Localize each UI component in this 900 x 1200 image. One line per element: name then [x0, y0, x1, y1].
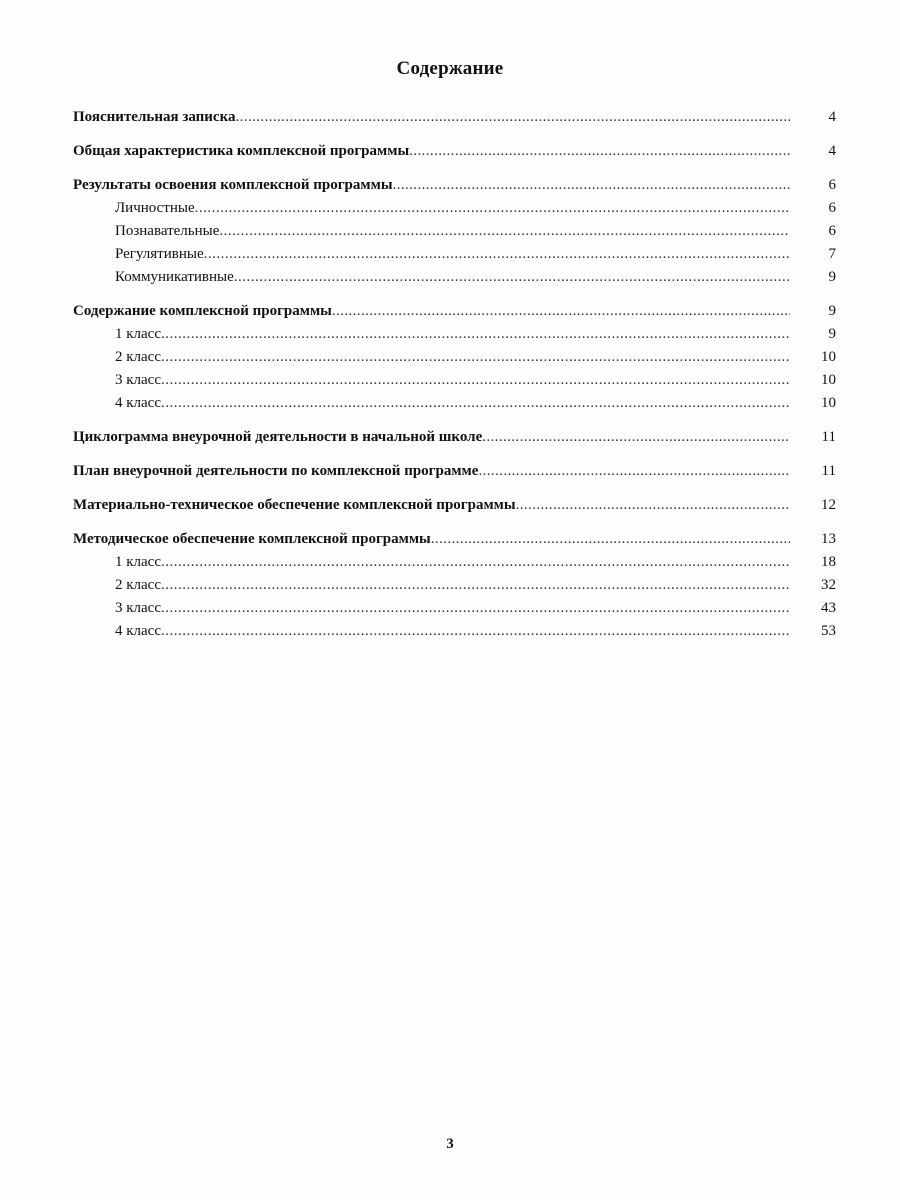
- toc-entry-label: Циклограмма внеурочной деятельности в на…: [73, 426, 482, 449]
- dot-leader: [195, 197, 790, 220]
- dot-leader: [161, 346, 790, 369]
- toc-entry-page: 10: [806, 392, 836, 415]
- toc-entry-label: План внеурочной деятельности по комплекс…: [73, 460, 478, 483]
- toc-entry-page: 10: [806, 369, 836, 392]
- toc-entry-label: Результаты освоения комплексной программ…: [73, 174, 393, 197]
- toc-entry[interactable]: План внеурочной деятельности по комплекс…: [73, 460, 838, 483]
- toc-subentry[interactable]: Регулятивные 7: [73, 243, 838, 266]
- dot-leader: [482, 426, 790, 449]
- dot-leader: [234, 266, 790, 289]
- toc-entry-label: Личностные: [115, 197, 195, 220]
- toc-subentry[interactable]: 2 класс 10: [73, 346, 838, 369]
- toc-entry-label: 4 класс: [115, 620, 161, 643]
- dot-leader: [478, 460, 790, 483]
- dot-leader: [161, 620, 790, 643]
- dot-leader: [161, 369, 790, 392]
- table-of-contents: Пояснительная записка 4 Общая характерис…: [73, 106, 838, 643]
- toc-entry-page: 6: [806, 220, 836, 243]
- toc-entry-page: 11: [806, 460, 836, 483]
- toc-entry-label: Познавательные: [115, 220, 219, 243]
- toc-subentry[interactable]: 1 класс 9: [73, 323, 838, 346]
- toc-entry[interactable]: Результаты освоения комплексной программ…: [73, 174, 838, 197]
- toc-entry-label: 2 класс: [115, 574, 161, 597]
- toc-entry-label: Регулятивные: [115, 243, 204, 266]
- page-title: Содержание: [0, 58, 900, 80]
- dot-leader: [161, 574, 790, 597]
- dot-leader: [431, 528, 790, 551]
- toc-subentry[interactable]: Личностные 6: [73, 197, 838, 220]
- toc-entry-page: 32: [806, 574, 836, 597]
- dot-leader: [393, 174, 790, 197]
- dot-leader: [516, 494, 790, 517]
- toc-entry-label: Методическое обеспечение комплексной про…: [73, 528, 431, 551]
- dot-leader: [219, 220, 790, 243]
- toc-entry-page: 4: [806, 140, 836, 163]
- toc-subentry[interactable]: 4 класс 10: [73, 392, 838, 415]
- toc-subentry[interactable]: Познавательные 6: [73, 220, 838, 243]
- toc-entry-page: 7: [806, 243, 836, 266]
- toc-entry-page: 6: [806, 197, 836, 220]
- toc-subentry[interactable]: 4 класс 53: [73, 620, 838, 643]
- toc-entry-label: Материально-техническое обеспечение комп…: [73, 494, 516, 517]
- toc-entry-page: 18: [806, 551, 836, 574]
- toc-entry-label: Содержание комплексной программы: [73, 300, 332, 323]
- toc-entry[interactable]: Циклограмма внеурочной деятельности в на…: [73, 426, 838, 449]
- toc-entry-label: 2 класс: [115, 346, 161, 369]
- toc-entry-label: 1 класс: [115, 551, 161, 574]
- toc-entry-page: 9: [806, 323, 836, 346]
- toc-entry-label: 3 класс: [115, 597, 161, 620]
- toc-entry[interactable]: Методическое обеспечение комплексной про…: [73, 528, 838, 551]
- toc-entry[interactable]: Содержание комплексной программы 9: [73, 300, 838, 323]
- dot-leader: [161, 323, 790, 346]
- toc-entry-label: Коммуникативные: [115, 266, 234, 289]
- toc-entry-page: 53: [806, 620, 836, 643]
- toc-entry-page: 6: [806, 174, 836, 197]
- toc-entry-label: 1 класс: [115, 323, 161, 346]
- toc-subentry[interactable]: Коммуникативные 9: [73, 266, 838, 289]
- dot-leader: [409, 140, 790, 163]
- toc-entry[interactable]: Пояснительная записка 4: [73, 106, 838, 129]
- dot-leader: [236, 106, 790, 129]
- toc-entry-label: 4 класс: [115, 392, 161, 415]
- toc-subentry[interactable]: 1 класс 18: [73, 551, 838, 574]
- toc-subentry[interactable]: 3 класс 10: [73, 369, 838, 392]
- dot-leader: [161, 597, 790, 620]
- page-number: 3: [0, 1136, 900, 1153]
- toc-entry-label: 3 класс: [115, 369, 161, 392]
- toc-entry-page: 12: [806, 494, 836, 517]
- toc-entry-page: 10: [806, 346, 836, 369]
- toc-entry[interactable]: Общая характеристика комплексной програм…: [73, 140, 838, 163]
- toc-subentry[interactable]: 3 класс 43: [73, 597, 838, 620]
- toc-entry-label: Пояснительная записка: [73, 106, 236, 129]
- toc-entry-page: 4: [806, 106, 836, 129]
- dot-leader: [161, 551, 790, 574]
- dot-leader: [332, 300, 790, 323]
- dot-leader: [161, 392, 790, 415]
- toc-entry-label: Общая характеристика комплексной програм…: [73, 140, 409, 163]
- toc-entry-page: 13: [806, 528, 836, 551]
- document-page: Содержание Пояснительная записка 4 Общая…: [0, 0, 900, 1200]
- dot-leader: [204, 243, 790, 266]
- toc-entry-page: 43: [806, 597, 836, 620]
- toc-entry-page: 11: [806, 426, 836, 449]
- toc-entry[interactable]: Материально-техническое обеспечение комп…: [73, 494, 838, 517]
- toc-entry-page: 9: [806, 300, 836, 323]
- toc-subentry[interactable]: 2 класс 32: [73, 574, 838, 597]
- toc-entry-page: 9: [806, 266, 836, 289]
